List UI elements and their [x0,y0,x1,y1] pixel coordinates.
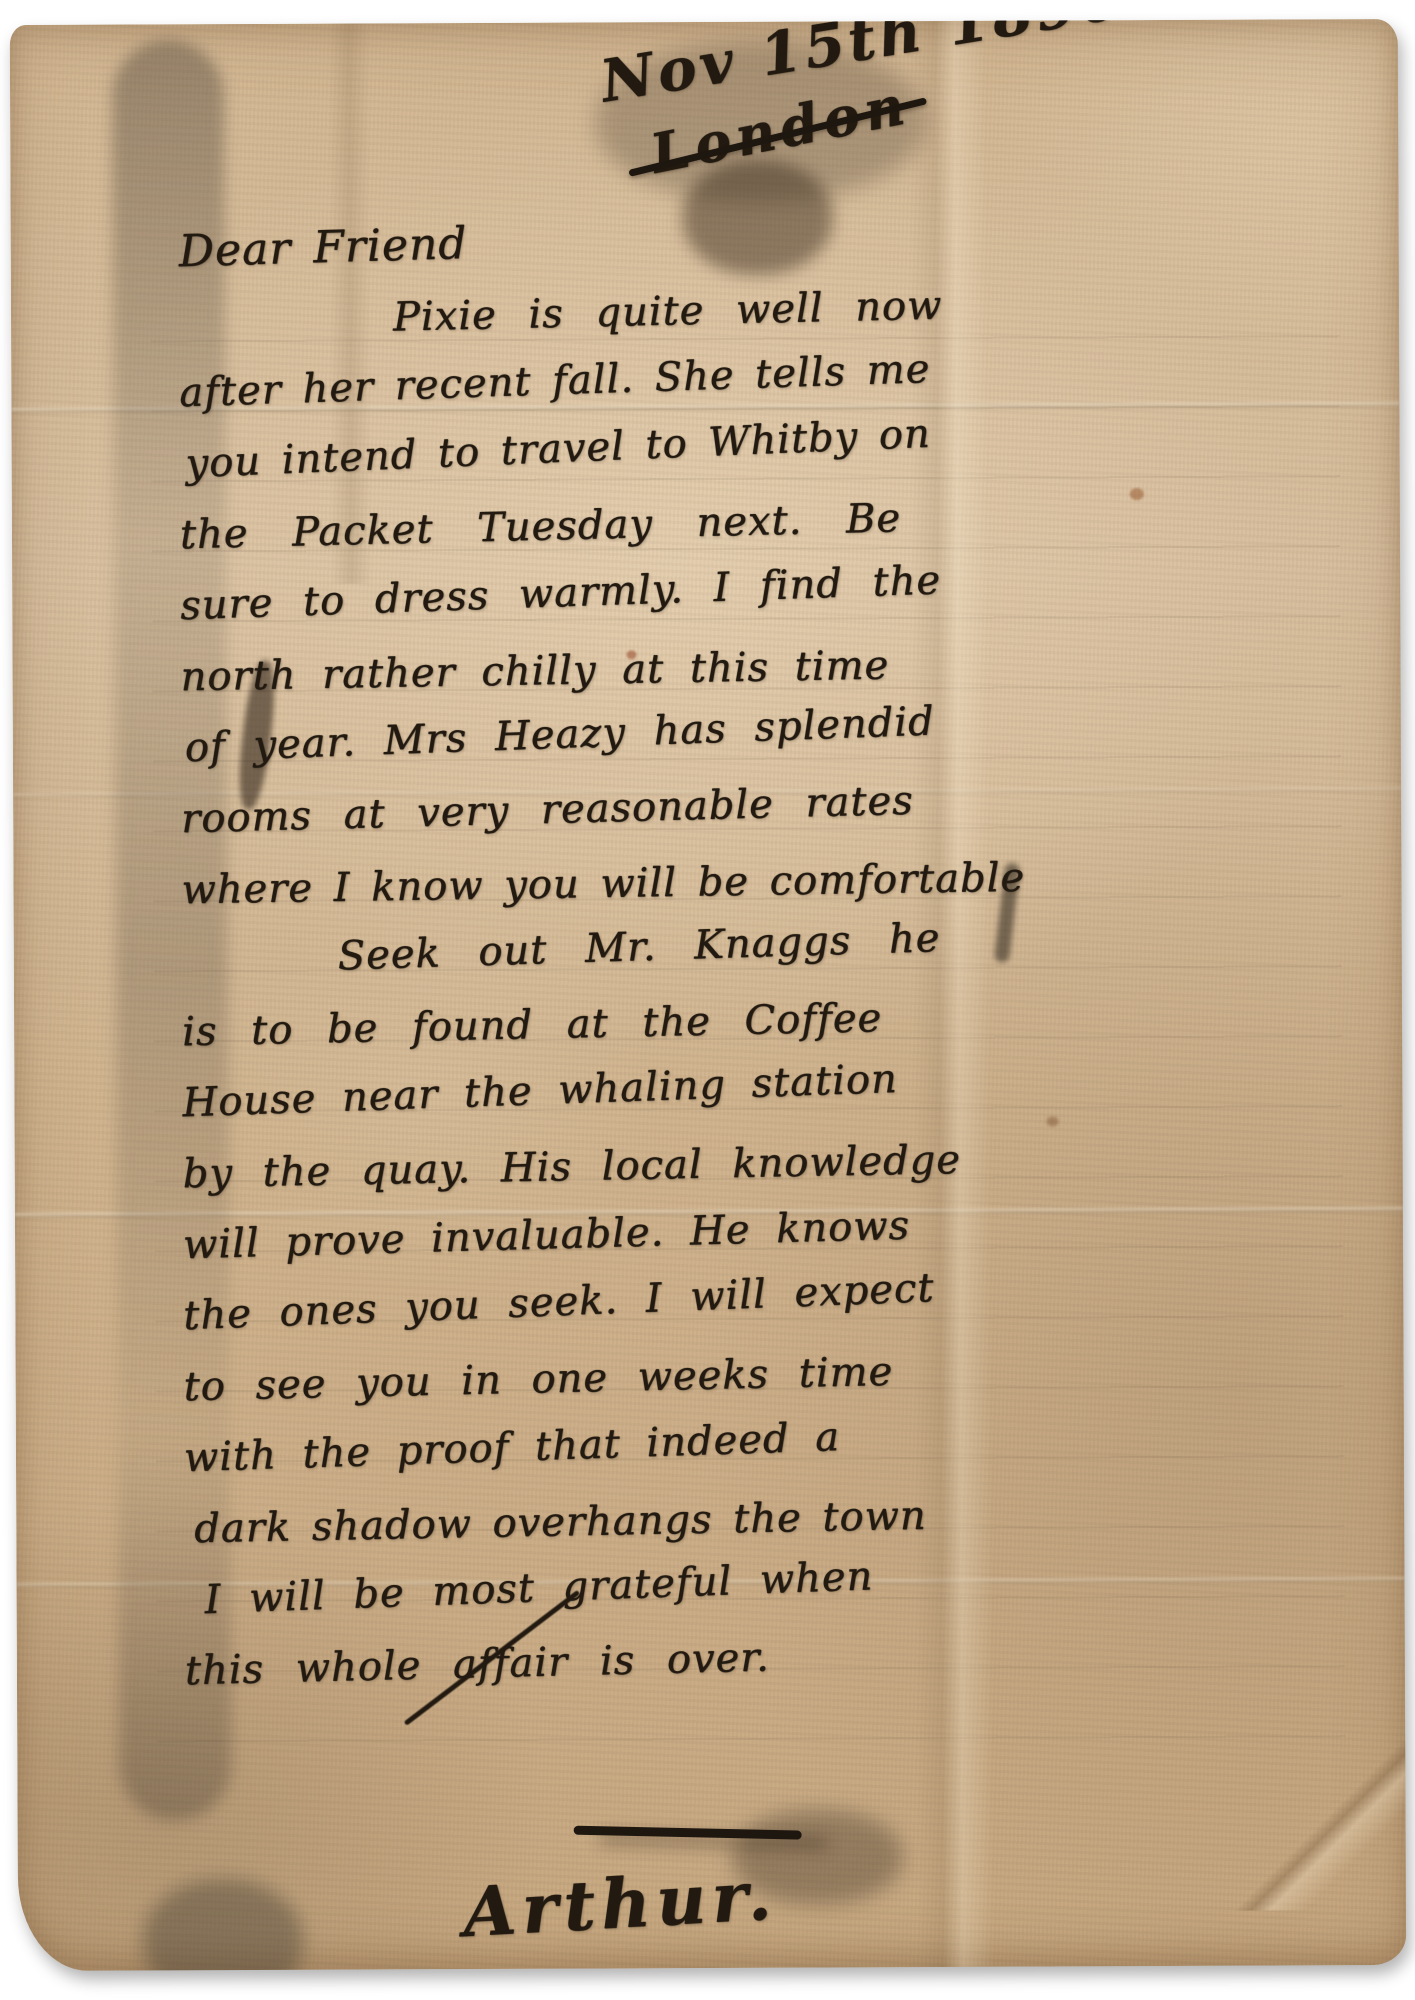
paper-stain [1047,1116,1059,1126]
scan-background: Nov 15th 1890 London Dear Friend Pixie i… [0,0,1415,2000]
paper-stain [1130,488,1144,500]
worn-corner [1187,1740,1406,1911]
letter-body: Dear Friend Pixie is quite well now afte… [179,213,1005,1708]
letter-page: Nov 15th 1890 London Dear Friend Pixie i… [10,19,1406,1971]
